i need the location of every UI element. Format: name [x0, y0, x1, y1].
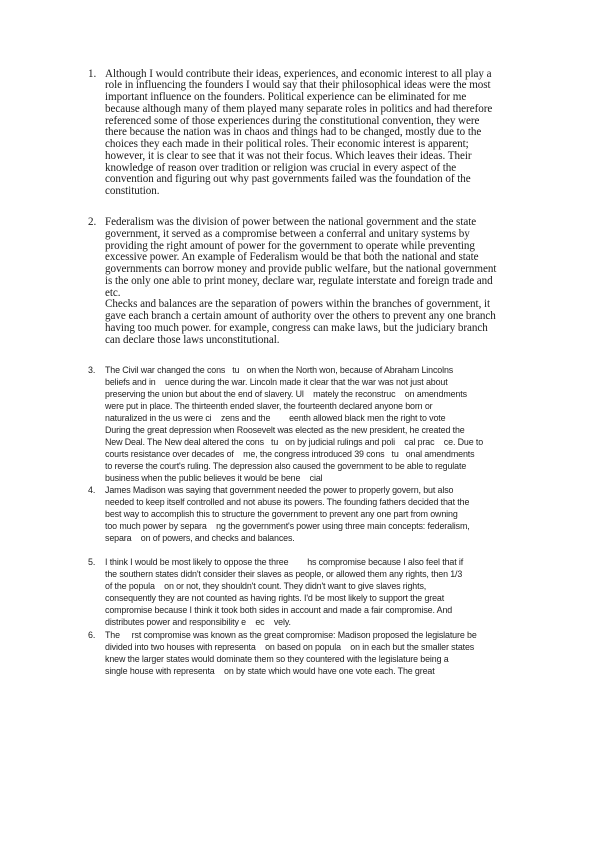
paragraph-line: Federalism was the division of power bet…	[105, 217, 476, 228]
paragraph-line: of the popula on or not, they shouldn't …	[105, 582, 426, 591]
paragraph-line: I think I would be most likely to oppose…	[105, 558, 463, 567]
paragraph-line: can declare those laws unconstitutional.	[105, 335, 280, 346]
list-item-number: 6.	[88, 631, 95, 640]
paragraph-line: preserving the union but about the end o…	[105, 390, 467, 399]
paragraph-line: naturalized in the us were ci zens and t…	[105, 414, 445, 423]
paragraph-line: excessive power. An example of Federalis…	[105, 252, 479, 263]
paragraph-line: referenced some of those experiences dur…	[105, 116, 479, 127]
paragraph-line: knowledge of reason over tradition or re…	[105, 163, 456, 174]
paragraph-line: however, it is clear to see that it was …	[105, 151, 472, 162]
paragraph-line: gave each branch a certain amount of aut…	[105, 311, 496, 322]
paragraph-line: courts resistance over decades of me, th…	[105, 450, 474, 459]
paragraph-line: compromise because I think it took both …	[105, 606, 452, 615]
paragraph-line: separa on of powers, and checks and bala…	[105, 534, 295, 543]
paragraph-line: distributes power and responsibility e e…	[105, 618, 291, 627]
paragraph-line: important influence on the founders. Pol…	[105, 92, 466, 103]
paragraph-line: business when the public believes it wou…	[105, 474, 323, 483]
paragraph-line: Checks and balances are the separation o…	[105, 299, 490, 310]
paragraph-line: choices they each made in their politica…	[105, 139, 469, 150]
list-item-number: 5.	[88, 558, 95, 567]
paragraph-line: The Civil war changed the cons tu on whe…	[105, 366, 453, 375]
list-item-number: 4.	[88, 486, 95, 495]
paragraph-line: needed to keep itself controlled and not…	[105, 498, 469, 507]
paragraph-line: government, it served as a compromise be…	[105, 229, 470, 240]
list-item-number: 2.	[88, 217, 96, 228]
list-item-number: 3.	[88, 366, 95, 375]
paragraph-line: knew the larger states would dominate th…	[105, 655, 449, 664]
paragraph-line: there because the nation was in chaos an…	[105, 127, 481, 138]
paragraph-line: Although I would contribute their ideas,…	[105, 69, 491, 80]
paragraph-line: were put in place. The thirteenth ended …	[105, 402, 432, 411]
paragraph-line: to reverse the court's ruling. The depre…	[105, 462, 466, 471]
paragraph-line: beliefs and in uence during the war. Lin…	[105, 378, 448, 387]
paragraph-line: divided into two houses with representa …	[105, 643, 474, 652]
paragraph-line: single house with representa on by state…	[105, 667, 435, 676]
paragraph-line: role in influencing the founders I would…	[105, 80, 491, 91]
paragraph-line: During the great depression when Rooseve…	[105, 426, 465, 435]
paragraph-line: governments can borrow money and provide…	[105, 264, 496, 275]
paragraph-line: too much power by separa ng the governme…	[105, 522, 470, 531]
paragraph-line: James Madison was saying that government…	[105, 486, 453, 495]
document-page: 1.Although I would contribute their idea…	[0, 0, 595, 842]
paragraph-line: having too much power. for example, cong…	[105, 323, 488, 334]
paragraph-line: consequently they are not counted as hav…	[105, 594, 444, 603]
paragraph-line: providing the right amount of power for …	[105, 241, 475, 252]
paragraph-line: best way to accomplish this to structure…	[105, 510, 458, 519]
paragraph-line: The rst compromise was known as the grea…	[105, 631, 477, 640]
paragraph-line: because although many of them played man…	[105, 104, 492, 115]
list-item-number: 1.	[88, 69, 96, 80]
paragraph-line: the southern states didn't consider thei…	[105, 570, 462, 579]
paragraph-line: New Deal. The New deal altered the cons …	[105, 438, 483, 447]
paragraph-line: etc.	[105, 288, 121, 299]
paragraph-line: is the only one able to print money, dec…	[105, 276, 493, 287]
paragraph-line: constitution.	[105, 186, 160, 197]
paragraph-line: convention and figuring out why past gov…	[105, 174, 471, 185]
